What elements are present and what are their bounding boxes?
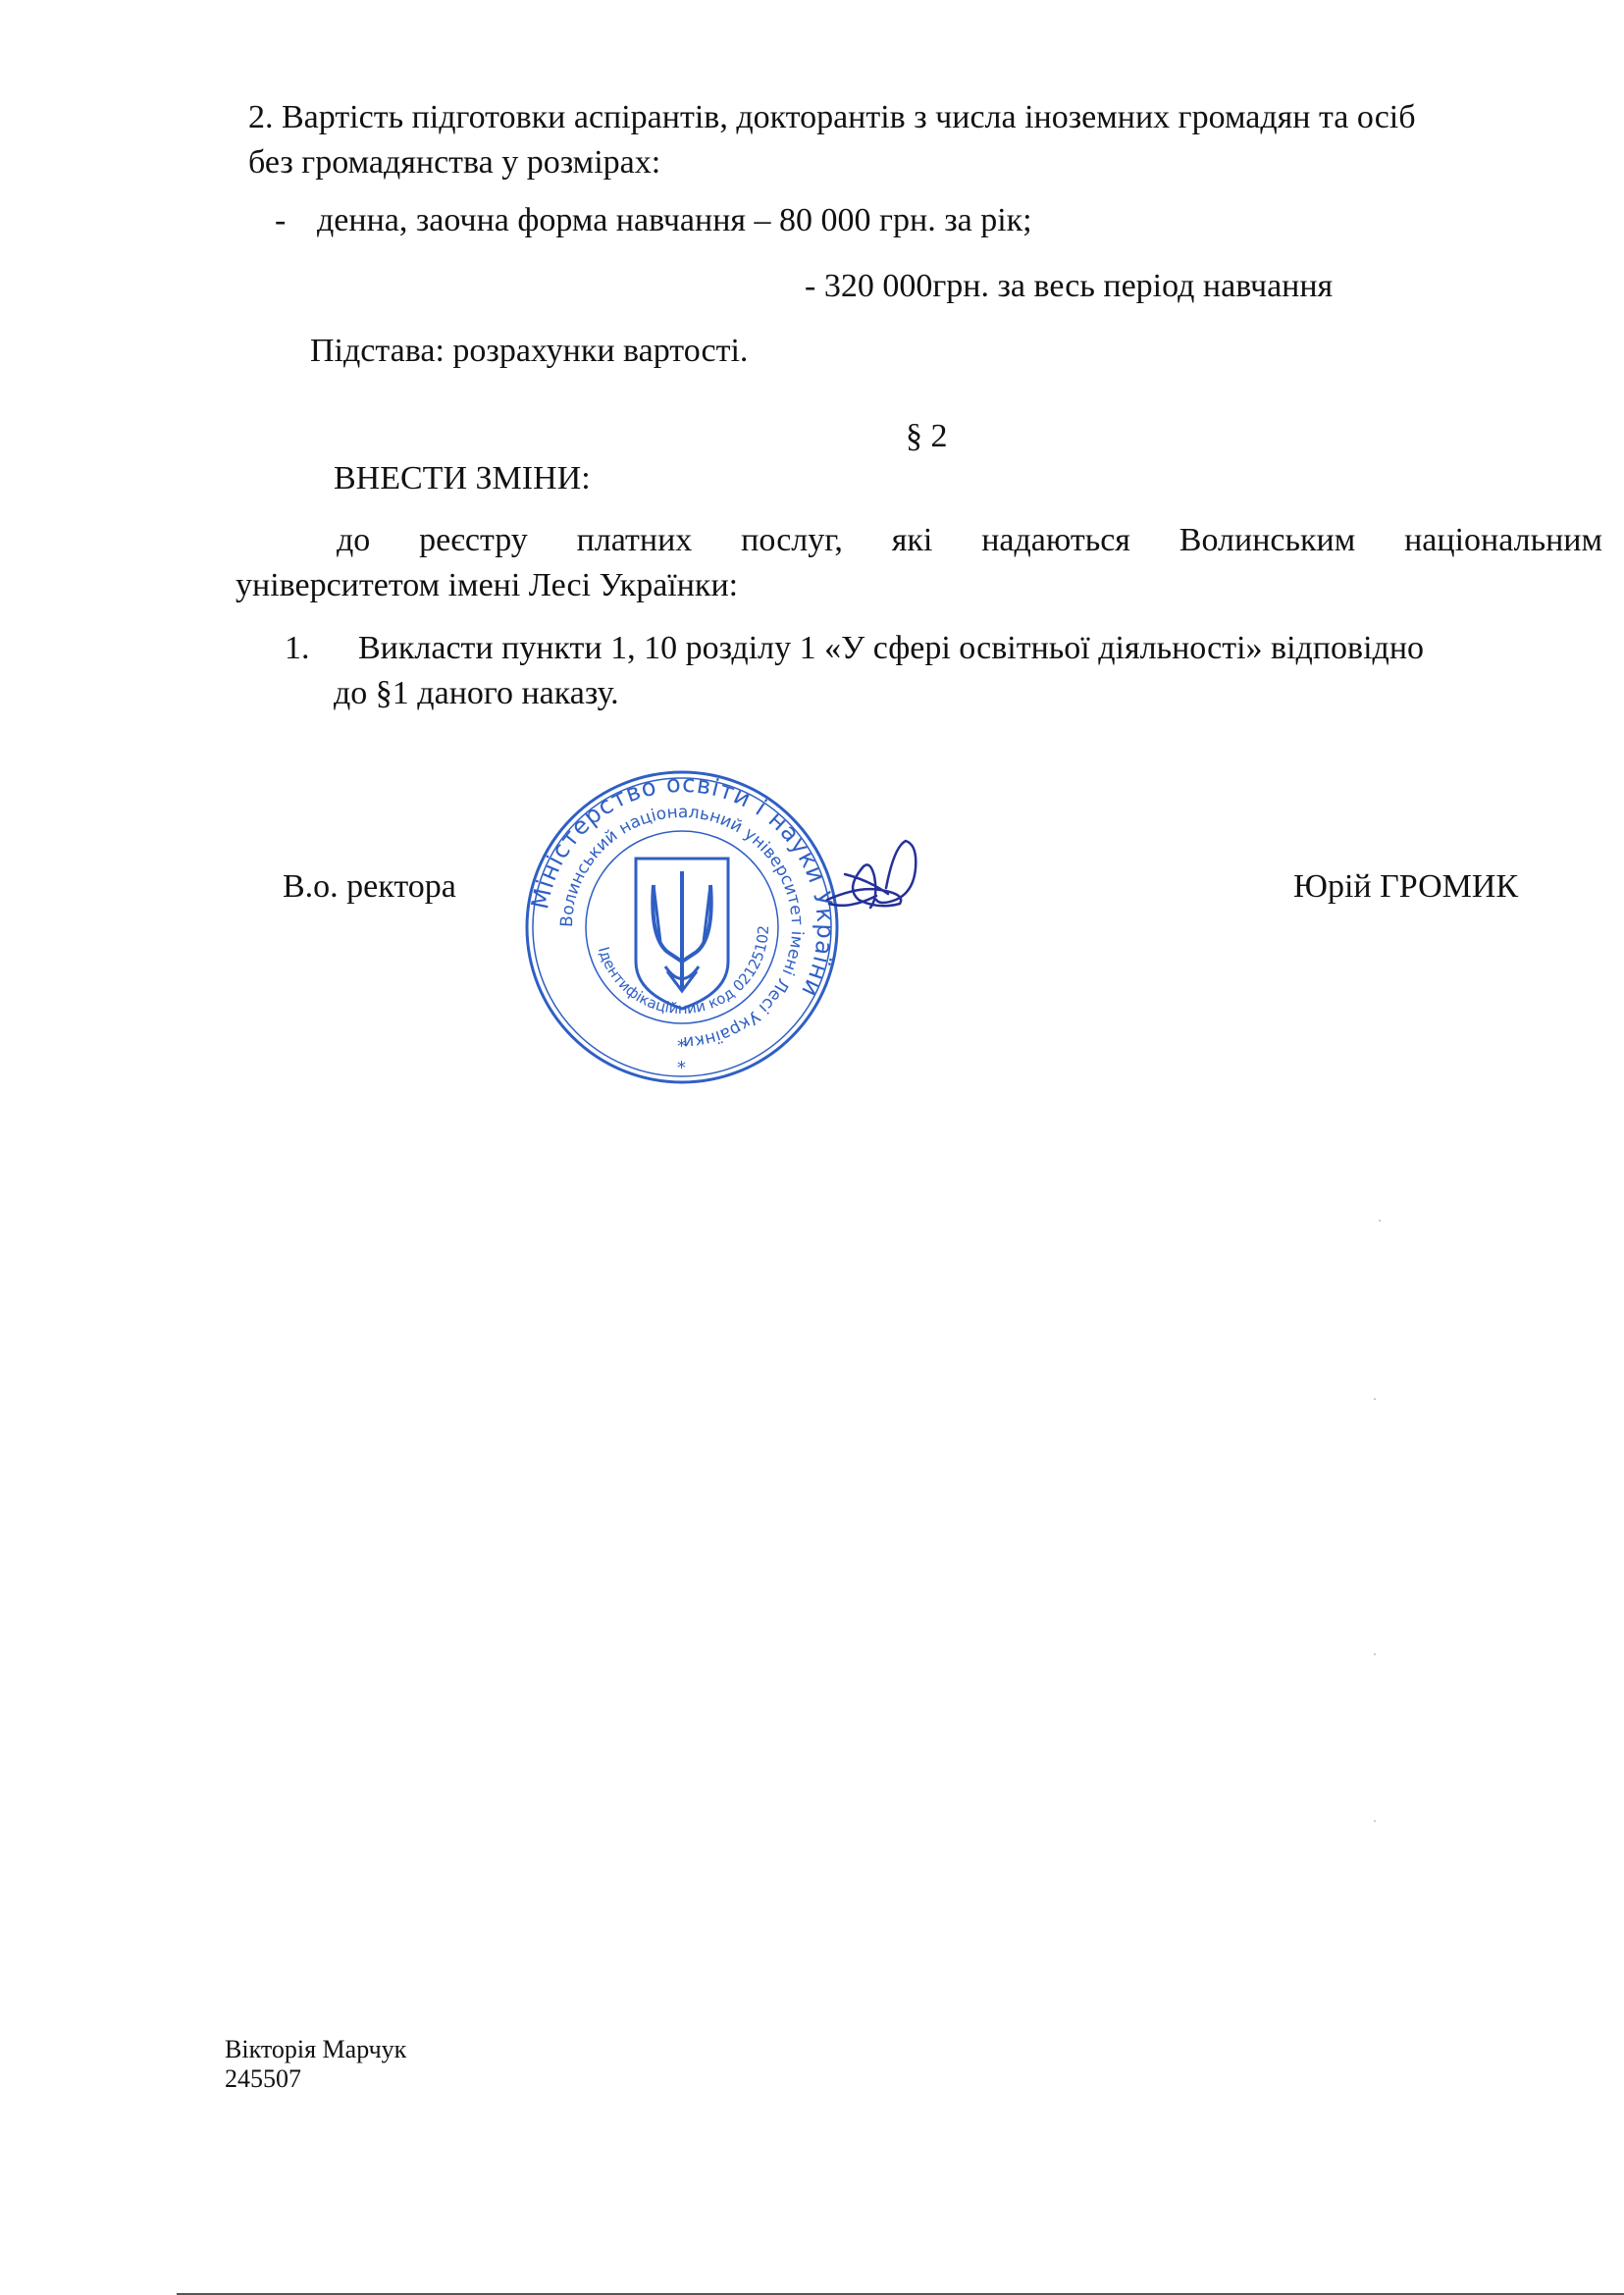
executor-phone: 245507 xyxy=(225,2063,301,2095)
bullet-text: денна, заочна форма навчання – 80 000 гр… xyxy=(317,201,1032,240)
stamp-star-icon: * xyxy=(677,1036,686,1057)
scan-artifact xyxy=(1374,1653,1376,1655)
list-line1: Викласти пункти 1, 10 розділу 1 «У сфері… xyxy=(358,629,1424,668)
section-action: ВНЕСТИ ЗМІНИ: xyxy=(334,459,591,498)
list-number: 1. xyxy=(285,629,310,668)
scan-artifact xyxy=(1379,1220,1381,1222)
section-para-line1: до реєстру платних послуг, які надаються… xyxy=(337,521,1602,560)
signatory-position: В.о. ректора xyxy=(283,867,456,907)
bullet-marker: - xyxy=(275,201,286,240)
section-para-line2: університетом імені Лесі Українки: xyxy=(236,566,738,605)
handwritten-signature xyxy=(819,829,932,927)
stamp-star-icon: * xyxy=(677,1058,686,1078)
item2-line1: 2. Вартість підготовки аспірантів, докто… xyxy=(248,98,1416,137)
basis-line: Підстава: розрахунки вартості. xyxy=(310,332,748,371)
scan-artifact xyxy=(1374,1820,1376,1822)
list-line2: до §1 даного наказу. xyxy=(334,674,619,713)
total-line: - 320 000грн. за весь період навчання xyxy=(805,267,1333,306)
executor-name: Вікторія Марчук xyxy=(225,2034,406,2065)
item2-line2: без громадянства у розмірах: xyxy=(248,143,660,183)
official-stamp: Міністерство освіти і науки України Воли… xyxy=(520,765,844,1089)
section-heading: § 2 xyxy=(906,417,948,456)
trident-coat-of-arms-icon xyxy=(636,859,728,1009)
scan-artifact xyxy=(1374,1398,1376,1400)
signatory-name: Юрій ГРОМИК xyxy=(1293,867,1518,907)
